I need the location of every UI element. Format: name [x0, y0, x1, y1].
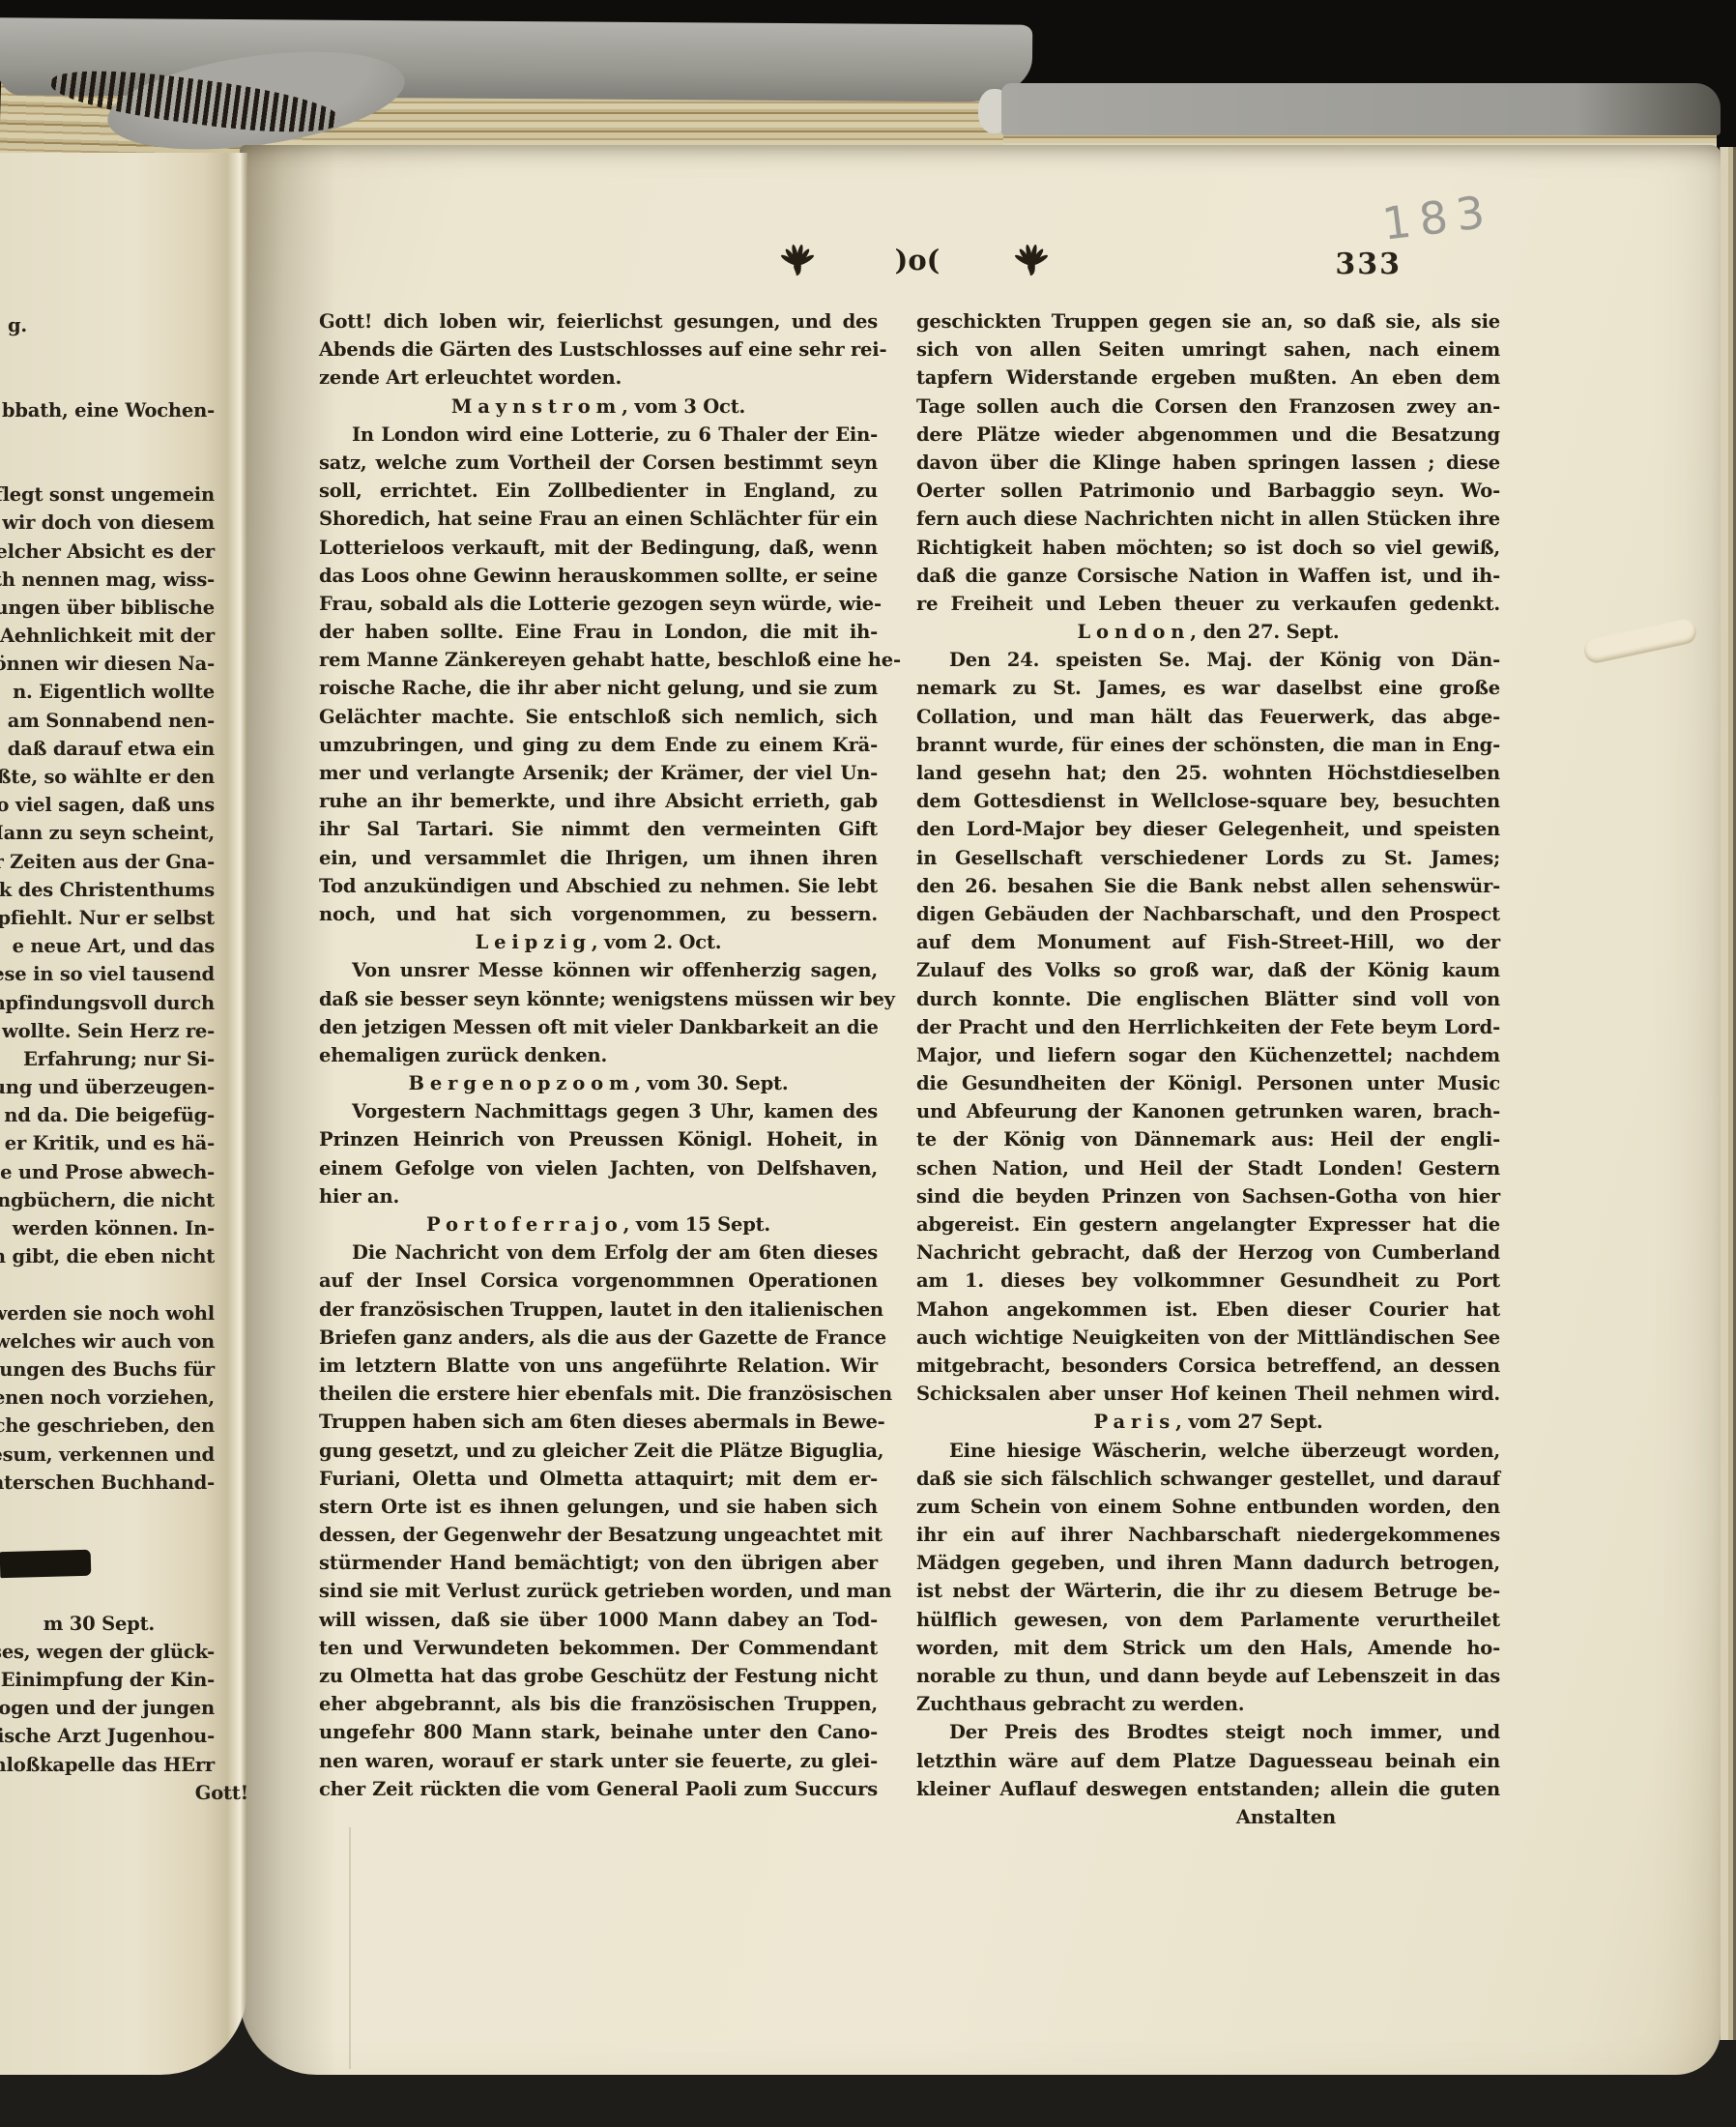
text-line: ßte, so wählte er den [0, 763, 215, 791]
text-line: das Loos ohne Gewinn herauskommen sollte… [319, 562, 878, 590]
text-line: dere Plätze wieder abgenommen und die Be… [916, 421, 1500, 449]
text-line: ungefehr 800 Mann stark, beinahe unter d… [319, 1718, 878, 1746]
dateline-heading: Portoferrajo, vom 15 Sept. [319, 1210, 878, 1238]
printers-rule [0, 1550, 91, 1578]
dateline-heading: London, den 27. Sept. [916, 618, 1500, 646]
text-line [0, 1581, 215, 1609]
text-line: am 1. dieses bey volkommner Gesundheit z… [916, 1267, 1500, 1295]
text-line: wir doch von diesem [0, 509, 215, 537]
text-line: nd da. Die beigefüg- [0, 1101, 215, 1129]
text-line: ihr Sal Tartari. Sie nimmt den vermeinte… [319, 815, 878, 843]
text-line: n dieses, wegen der glück- [0, 1638, 215, 1666]
text-line: zum Schein von einem Sohne entbunden wor… [916, 1493, 1500, 1521]
text-line: Erfahrung; nur Si- [0, 1045, 215, 1073]
text-line: ruhe an ihr bemerkte, und ihre Absicht e… [319, 787, 878, 815]
text-line: auch wichtige Neuigkeiten von der Mittlä… [916, 1324, 1500, 1352]
text-line [0, 339, 215, 367]
paper-blemish [1582, 617, 1699, 665]
text-line: Tod anzukündigen und Abschied zu nehmen.… [319, 872, 878, 900]
text-line: der französischen Truppen, lautet in den… [319, 1296, 878, 1324]
text-line: empfindungsvoll durch [0, 989, 215, 1017]
text-line: stürmender Hand bemächtigt; von den übri… [319, 1549, 878, 1577]
text-line: soll, errichtet. Ein Zollbedienter in En… [319, 477, 878, 505]
text-line: , welches wir auch von [0, 1327, 215, 1355]
text-line: ein, und versammlet die Ihrigen, um ihne… [319, 844, 878, 872]
text-line: Die Nachricht von dem Erfolg der am 6ten… [319, 1238, 878, 1267]
catchword: Anstalten [916, 1803, 1336, 1831]
text-line: Mann zu seyn scheint, [0, 819, 215, 847]
text-line: Truppen haben sich am 6ten dieses aberma… [319, 1408, 878, 1436]
text-line: e Aehnlichkeit mit der [0, 622, 215, 650]
text-line: Major, und liefern sogar den Küchenzette… [916, 1041, 1500, 1069]
text-line: sangbüchern, die nicht [0, 1186, 215, 1214]
text-line: g. [0, 311, 27, 339]
text-line: n. Eigentlich wollte [0, 678, 215, 706]
text-line: esie und Prose abwech- [0, 1158, 215, 1186]
text-line: sind sie mit Verlust zurück getrieben wo… [319, 1577, 878, 1605]
text-line: Richtigkeit haben möchten; so ist doch s… [916, 534, 1500, 562]
text-line: Von unsrer Messe können wir offenherzig … [319, 956, 878, 984]
text-line: Kanterschen Buchhand- [0, 1469, 215, 1497]
text-line [0, 367, 215, 395]
text-line: pflegt sonst ungemein [0, 481, 215, 509]
text-line: Eine hiesige Wäscherin, welche überzeugt… [916, 1437, 1500, 1465]
book-scan: g.bbath, eine Wochen-pflegt sonst ungeme… [0, 0, 1736, 2127]
text-line: Mahon angekommen ist. Eben dieser Courie… [916, 1296, 1500, 1324]
text-line: dlungen des Buchs für [0, 1355, 215, 1384]
text-line: so werden sie noch wohl [0, 1299, 215, 1327]
text-line: den Lord-Major bey dieser Gelegenheit, u… [916, 815, 1500, 843]
text-line: sind die beyden Prinzen von Sachsen-Goth… [916, 1182, 1500, 1210]
text-line: daß sie sich fälschlich schwanger gestel… [916, 1465, 1500, 1493]
text-line: land gesehn hat; den 25. wohnten Höchstd… [916, 759, 1500, 787]
text-line: letzthin wäre auf dem Platze Daguesseau … [916, 1747, 1500, 1775]
text-line: Gelächter machte. Sie entschloß sich nem… [319, 703, 878, 731]
text-line: Nachricht gebracht, daß der Herzog von C… [916, 1238, 1500, 1267]
text-line: Gott! dich loben wir, feierlichst gesung… [319, 307, 878, 335]
signature-mark: )o( [887, 244, 947, 277]
paper-crease [349, 1827, 351, 2069]
text-line: kleiner Auflauf deswegen entstanden; all… [916, 1775, 1500, 1803]
text-line: er Kritik, und es hä- [0, 1129, 215, 1157]
text-line: erzogen und der jungen [0, 1694, 215, 1722]
text-line: mer und verlangte Arsenik; der Krämer, d… [319, 759, 878, 787]
text-line: daß sie besser seyn könnte; wenigstens m… [319, 985, 878, 1013]
text-line: zende Art erleuchtet worden. [319, 364, 878, 392]
text-line: den jetzigen Messen oft mit vieler Dankb… [319, 1013, 878, 1041]
text-line [0, 1270, 215, 1298]
dateline-heading: Leipzig, vom 2. Oct. [319, 928, 878, 956]
text-line: e neue Art, und das [0, 932, 215, 960]
text-line: eher abgebrannt, als bis die französisch… [319, 1690, 878, 1718]
text-line: brannt wurde, für eines der schönsten, d… [916, 731, 1500, 759]
text-line: welcher Absicht es der [0, 538, 215, 566]
text-line: Tage sollen auch die Corsen den Franzose… [916, 393, 1500, 421]
text-line: geschickten Truppen gegen sie an, so daß… [916, 307, 1500, 335]
text-line: der haben sollte. Eine Frau in London, d… [319, 618, 878, 646]
text-line: und Abfeurung der Kanonen getrunken ware… [916, 1097, 1500, 1125]
text-line: önnen wir diesen Na- [0, 650, 215, 678]
text-line: Zuchthaus gebracht zu werden. [916, 1690, 1500, 1718]
fore-edge-pages [1720, 147, 1736, 2040]
text-line [0, 452, 215, 481]
text-line: Abends die Gärten des Lustschlosses auf … [319, 335, 878, 364]
text-line: schen Nation, und Heil der Stadt Londen!… [916, 1154, 1500, 1182]
text-line: Collation, und man hält das Feuerwerk, d… [916, 703, 1500, 731]
text-line: so viel sagen, daß uns [0, 791, 215, 819]
text-line: werden können. In- [0, 1214, 215, 1242]
text-line: theilen die erstere hier ebenfals mit. D… [319, 1380, 878, 1408]
dateline-heading: Maynstrom, vom 3 Oct. [319, 393, 878, 421]
text-line: ie Einimpfung der Kin- [0, 1666, 215, 1694]
text-line: daß die ganze Corsische Nation in Waffen… [916, 562, 1500, 590]
text-line: Oerter sollen Patrimonio und Barbaggio s… [916, 477, 1500, 505]
binding-cloth-right [1001, 83, 1721, 135]
text-line: worden, mit dem Strick um den Hals, Amen… [916, 1634, 1500, 1662]
fleuron-icon [1014, 242, 1049, 280]
text-line: ehemaligen zurück denken. [319, 1041, 878, 1069]
text-line: auf der Insel Corsica vorgenommnen Opera… [319, 1267, 878, 1295]
text-line: nen waren, worauf er stark unter sie feu… [319, 1747, 878, 1775]
text-line: norable zu thun, und dann beyde auf Lebe… [916, 1662, 1500, 1690]
text-line: fern auch diese Nachrichten nicht in all… [916, 505, 1500, 533]
left-page: g.bbath, eine Wochen-pflegt sonst ungeme… [0, 153, 247, 2075]
text-column-1: Gott! dich loben wir, feierlichst gesung… [319, 307, 878, 1803]
text-line: ndische Arzt Jugenhou- [0, 1722, 215, 1750]
text-line: tungen über biblische [0, 594, 215, 622]
text-line: gung gesetzt, und zu gleicher Zeit die P… [319, 1437, 878, 1465]
text-line: auf dem Monument auf Fish-Street-Hill, w… [916, 928, 1500, 956]
text-line: prache geschrieben, den [0, 1412, 215, 1440]
text-line: cher Zeit rückten die vom General Paoli … [319, 1775, 878, 1803]
text-line: sich von allen Seiten umringt sahen, nac… [916, 335, 1500, 364]
text-line: will wissen, daß sie über 1000 Mann dabe… [319, 1606, 878, 1634]
text-line: Vorgestern Nachmittags gegen 3 Uhr, kame… [319, 1097, 878, 1125]
text-line: mpfiehlt. Nur er selbst [0, 904, 215, 932]
text-line: hülflich gewesen, von dem Parlamente ver… [916, 1606, 1500, 1634]
text-line: davon über die Klinge haben springen las… [916, 449, 1500, 477]
text-line: Lotterieloos verkauft, mit der Bedingung… [319, 534, 878, 562]
text-column-2: geschickten Truppen gegen sie an, so daß… [916, 307, 1500, 1831]
text-line: umzubringen, und ging zu dem Ende zu ein… [319, 731, 878, 759]
text-line: bbath, eine Wochen- [0, 396, 215, 424]
text-line: im letztern Blatte von uns angeführte Re… [319, 1352, 878, 1380]
text-line [0, 1497, 215, 1525]
fleuron-icon [780, 242, 815, 280]
text-line: dem Gottesdienst in Wellclose-square bey… [916, 787, 1500, 815]
text-line: Schicksalen aber unser Hof keinen Theil … [916, 1380, 1500, 1408]
text-line: ath nennen mag, wiss- [0, 566, 215, 594]
text-line: daß darauf etwa ein [0, 735, 215, 763]
text-line: roische Rache, die ihr aber nicht gelung… [319, 674, 878, 702]
text-line: werk des Christenthums [0, 876, 215, 904]
text-line: Frau, sobald als die Lotterie gezogen se… [319, 590, 878, 618]
handwritten-folio-number: 183 [1379, 185, 1496, 250]
text-line: noch, und hat sich vorgenommen, zu besse… [319, 900, 878, 928]
text-line: n gibt, die eben nicht [0, 1242, 215, 1270]
text-line: Briefen ganz anders, als die aus der Gaz… [319, 1324, 878, 1352]
text-line: onung und überzeugen- [0, 1073, 215, 1101]
text-line: m 30 Sept. [0, 1610, 155, 1638]
text-line: ist nebst der Wärterin, die ihr zu diese… [916, 1577, 1500, 1605]
text-line: hier an. [319, 1182, 878, 1210]
text-line: srer Zeiten aus der Gna- [0, 848, 215, 876]
text-line: wollte. Sein Herz re- [0, 1017, 215, 1045]
text-line: Prinzen Heinrich von Preussen Königl. Ho… [319, 1125, 878, 1153]
catchword: Gott! [0, 1779, 248, 1807]
dateline-heading: Bergenopzoom, vom 30. Sept. [319, 1069, 878, 1097]
text-line: am Sonnabend nen- [0, 707, 215, 735]
text-line: mitgebracht, besonders Corsica betreffen… [916, 1352, 1500, 1380]
text-line: in Gesellschaft verschiedener Lords zu S… [916, 844, 1500, 872]
text-line: einem Gefolge von vielen Jachten, von De… [319, 1154, 878, 1182]
text-line: re Freiheit und Leben theuer zu verkaufe… [916, 590, 1500, 618]
text-line: te der König von Dännemark aus: Heil der… [916, 1125, 1500, 1153]
dateline-heading: Paris, vom 27 Sept. [916, 1408, 1500, 1436]
text-line: tapfern Widerstande ergeben mußten. An e… [916, 364, 1500, 392]
text-line: den 26. besahen Sie die Bank nebst allen… [916, 872, 1500, 900]
text-line: iese in so viel tausend [0, 960, 215, 988]
page-number: 333 [1308, 248, 1402, 281]
text-line: dessen, der Gegenwehr der Besatzung unge… [319, 1521, 878, 1549]
text-line: Shoredich, hat seine Frau an einen Schlä… [319, 505, 878, 533]
text-line: Der Preis des Brodtes steigt noch immer,… [916, 1718, 1500, 1746]
text-line: der Pracht und den Herrlichkeiten der Fe… [916, 1013, 1500, 1041]
left-page-text: g.bbath, eine Wochen-pflegt sonst ungeme… [0, 311, 215, 1807]
text-line: digen Gebäuden der Nachbarschaft, und de… [916, 900, 1500, 928]
text-line: denen noch vorziehen, [0, 1384, 215, 1412]
text-line: Furiani, Oletta und Olmetta attaquirt; m… [319, 1465, 878, 1493]
text-line: Jesum, verkennen und [0, 1441, 215, 1469]
text-line: In London wird eine Lotterie, zu 6 Thale… [319, 421, 878, 449]
text-line: nemark zu St. James, es war daselbst ein… [916, 674, 1500, 702]
text-line [0, 1525, 215, 1553]
text-line: stern Orte ist es ihnen gelungen, und si… [319, 1493, 878, 1521]
text-line: satz, welche zum Vortheil der Corsen bes… [319, 449, 878, 477]
text-line [0, 424, 215, 452]
text-line: abgereist. Ein gestern angelangter Expre… [916, 1210, 1500, 1238]
text-line: Den 24. speisten Se. Maj. der König von … [916, 646, 1500, 674]
text-line: zu Olmetta hat das grobe Geschütz der Fe… [319, 1662, 878, 1690]
text-line: ihr ein auf ihrer Nachbarschaft niederge… [916, 1521, 1500, 1549]
text-line: die Gesundheiten der Königl. Personen un… [916, 1069, 1500, 1097]
text-line: Mädgen gegeben, und ihren Mann dadurch b… [916, 1549, 1500, 1577]
right-page: )o( 333 183 Gott! dich loben wir, feierl… [240, 145, 1721, 2075]
text-line: rem Manne Zänkereyen gehabt hatte, besch… [319, 646, 878, 674]
text-line: Schloßkapelle das HErr [0, 1751, 215, 1779]
text-line: ten und Verwundeten bekommen. Der Commen… [319, 1634, 878, 1662]
text-line: durch konnte. Die englischen Blätter sin… [916, 985, 1500, 1013]
text-line: Zulauf des Volks so groß war, daß der Kö… [916, 956, 1500, 984]
